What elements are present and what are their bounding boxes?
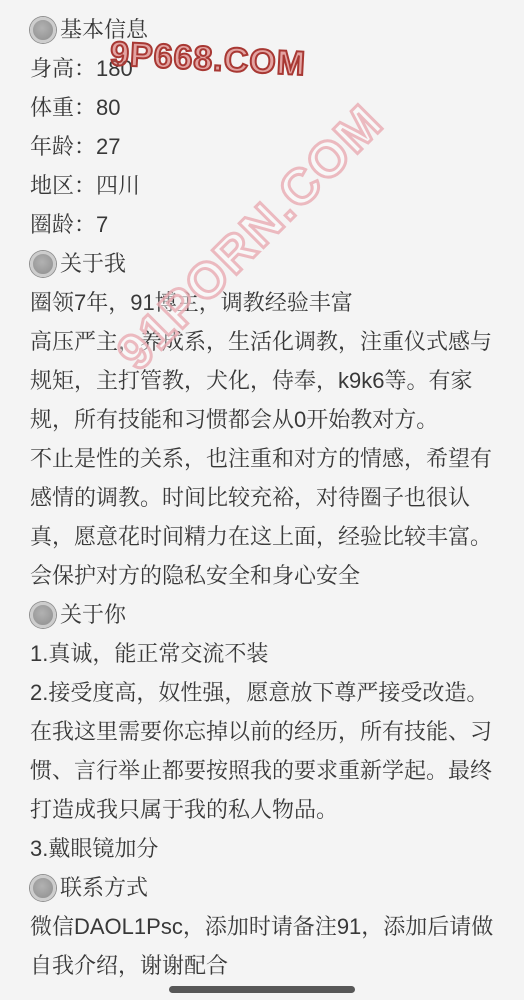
field-value: 四川 (96, 173, 140, 198)
text-line: 2.接受度高，奴性强，愿意放下尊严接受改造。 (30, 673, 500, 712)
field-label: 身高 (30, 56, 74, 81)
field-label: 地区 (30, 173, 74, 198)
section-bullet-icon (30, 875, 56, 901)
text-line: 1.真诚，能正常交流不装 (30, 634, 500, 673)
field-colon: ： (74, 212, 96, 237)
field-value: 180 (96, 56, 133, 81)
field-region: 地区：四川 (30, 166, 500, 205)
field-value: 7 (96, 212, 108, 237)
field-colon: ： (74, 173, 96, 198)
section-bullet-icon (30, 17, 56, 43)
home-indicator-bar[interactable] (169, 986, 355, 993)
profile-text: 基本信息 身高：180 体重：80 年龄：27 地区：四川 圈龄：7 关于我 圈… (0, 0, 524, 1000)
text-line: 3.戴眼镜加分 (30, 829, 500, 868)
text-line: 真，愿意花时间精力在这上面，经验比较丰富。 (30, 517, 500, 556)
section-heading-about-you: 关于你 (30, 595, 500, 634)
section-heading-about-me: 关于我 (30, 244, 500, 283)
profile-page: 基本信息 身高：180 体重：80 年龄：27 地区：四川 圈龄：7 关于我 圈… (0, 0, 524, 1000)
text-line: 不止是性的关系，也注重和对方的情感，希望有 (30, 439, 500, 478)
field-label: 年龄 (30, 134, 74, 159)
field-colon: ： (74, 56, 96, 81)
section-heading-basic-info: 基本信息 (30, 10, 500, 49)
field-label: 体重 (30, 95, 74, 120)
text-line: 会保护对方的隐私安全和身心安全 (30, 556, 500, 595)
section-title: 关于我 (60, 244, 126, 283)
text-line: 惯、言行举止都要按照我的要求重新学起。最终 (30, 751, 500, 790)
section-title: 联系方式 (60, 868, 148, 907)
section-title: 基本信息 (60, 10, 148, 49)
text-line: 圈领7年，91博主，调教经验丰富 (30, 283, 500, 322)
text-line: 感情的调教。时间比较充裕，对待圈子也很认 (30, 478, 500, 517)
text-line: 微信DAOL1Psc，添加时请备注91，添加后请做 (30, 907, 500, 946)
text-line: 打造成我只属于我的私人物品。 (30, 790, 500, 829)
text-line: 在我这里需要你忘掉以前的经历，所有技能、习 (30, 712, 500, 751)
field-height: 身高：180 (30, 49, 500, 88)
section-bullet-icon (30, 251, 56, 277)
text-line: 规矩，主打管教，犬化，侍奉，k9k6等。有家 (30, 361, 500, 400)
field-value: 27 (96, 134, 120, 159)
text-line: 规，所有技能和习惯都会从0开始教对方。 (30, 400, 500, 439)
field-colon: ： (74, 134, 96, 159)
field-label: 圈龄 (30, 212, 74, 237)
text-line: 高压严主，养成系，生活化调教，注重仪式感与 (30, 322, 500, 361)
field-colon: ： (74, 95, 96, 120)
section-heading-contact: 联系方式 (30, 868, 500, 907)
field-weight: 体重：80 (30, 88, 500, 127)
field-age: 年龄：27 (30, 127, 500, 166)
section-bullet-icon (30, 602, 56, 628)
field-value: 80 (96, 95, 120, 120)
section-title: 关于你 (60, 595, 126, 634)
field-circle-age: 圈龄：7 (30, 205, 500, 244)
text-line: 自我介绍，谢谢配合 (30, 946, 500, 985)
